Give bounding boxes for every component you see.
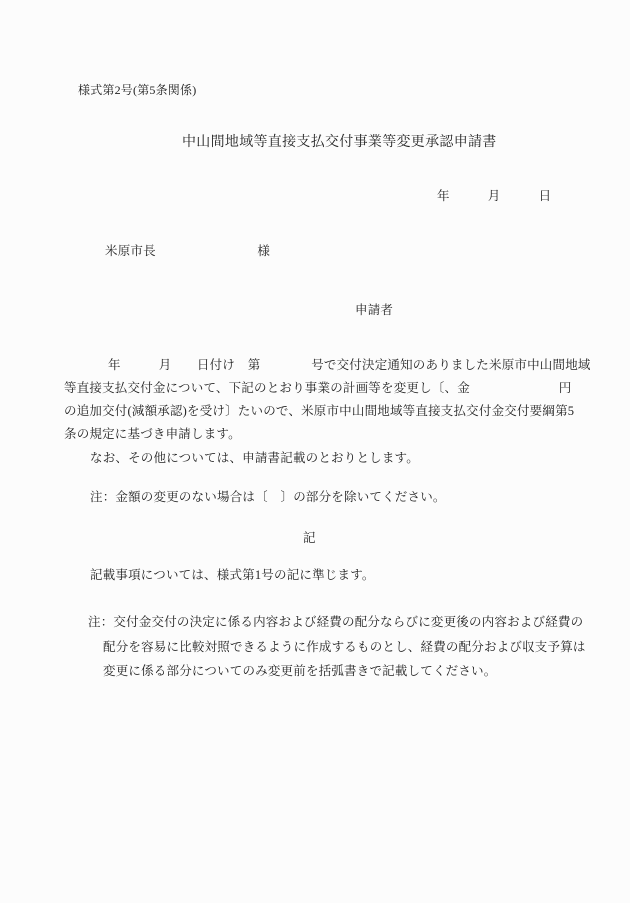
body-line: 条の規定に基づき申請します。	[64, 428, 241, 441]
body-line: 年 月 日付け 第 号で交付決定通知のありました米原市中山間地域	[108, 359, 591, 372]
document-page: 様式第2号(第5条関係) 中山間地域等直接支払交付事業等変更承認申請書 年 月 …	[0, 0, 630, 903]
addressee-line: 米原市長 様	[105, 245, 270, 258]
form-number: 様式第2号(第5条関係)	[78, 84, 196, 96]
kisai-line: 記載事項については、様式第1号の記に準じます。	[90, 569, 375, 582]
body-line: の追加交付(減額承認)を受け〕たいので、米原市中山間地域等直接支払交付金交付要綱…	[64, 405, 574, 418]
note-line: 変更に係る部分についてのみ変更前を括弧書きで記載してください。	[103, 665, 496, 678]
ki-heading: 記	[303, 532, 316, 545]
applicant-label: 申請者	[355, 304, 393, 317]
note-line: 注：金額の変更のない場合は〔 〕の部分を除いてください。	[90, 491, 446, 504]
note-line: 配分を容易に比較対照できるように作成するものとし、経費の配分および収支予算は	[103, 641, 586, 654]
note-line: 注：交付金交付の決定に係る内容および経費の配分ならびに変更後の内容および経費の	[88, 616, 583, 629]
body-line: 等直接支払交付金について、下記のとおり事業の計画等を変更し〔、金 円	[64, 382, 572, 395]
date-blank-line: 年 月 日	[437, 190, 551, 203]
body-line: なお、その他については、申請書記載のとおりとします。	[90, 452, 419, 465]
document-title: 中山間地域等直接支払交付事業等変更承認申請書	[182, 136, 497, 150]
